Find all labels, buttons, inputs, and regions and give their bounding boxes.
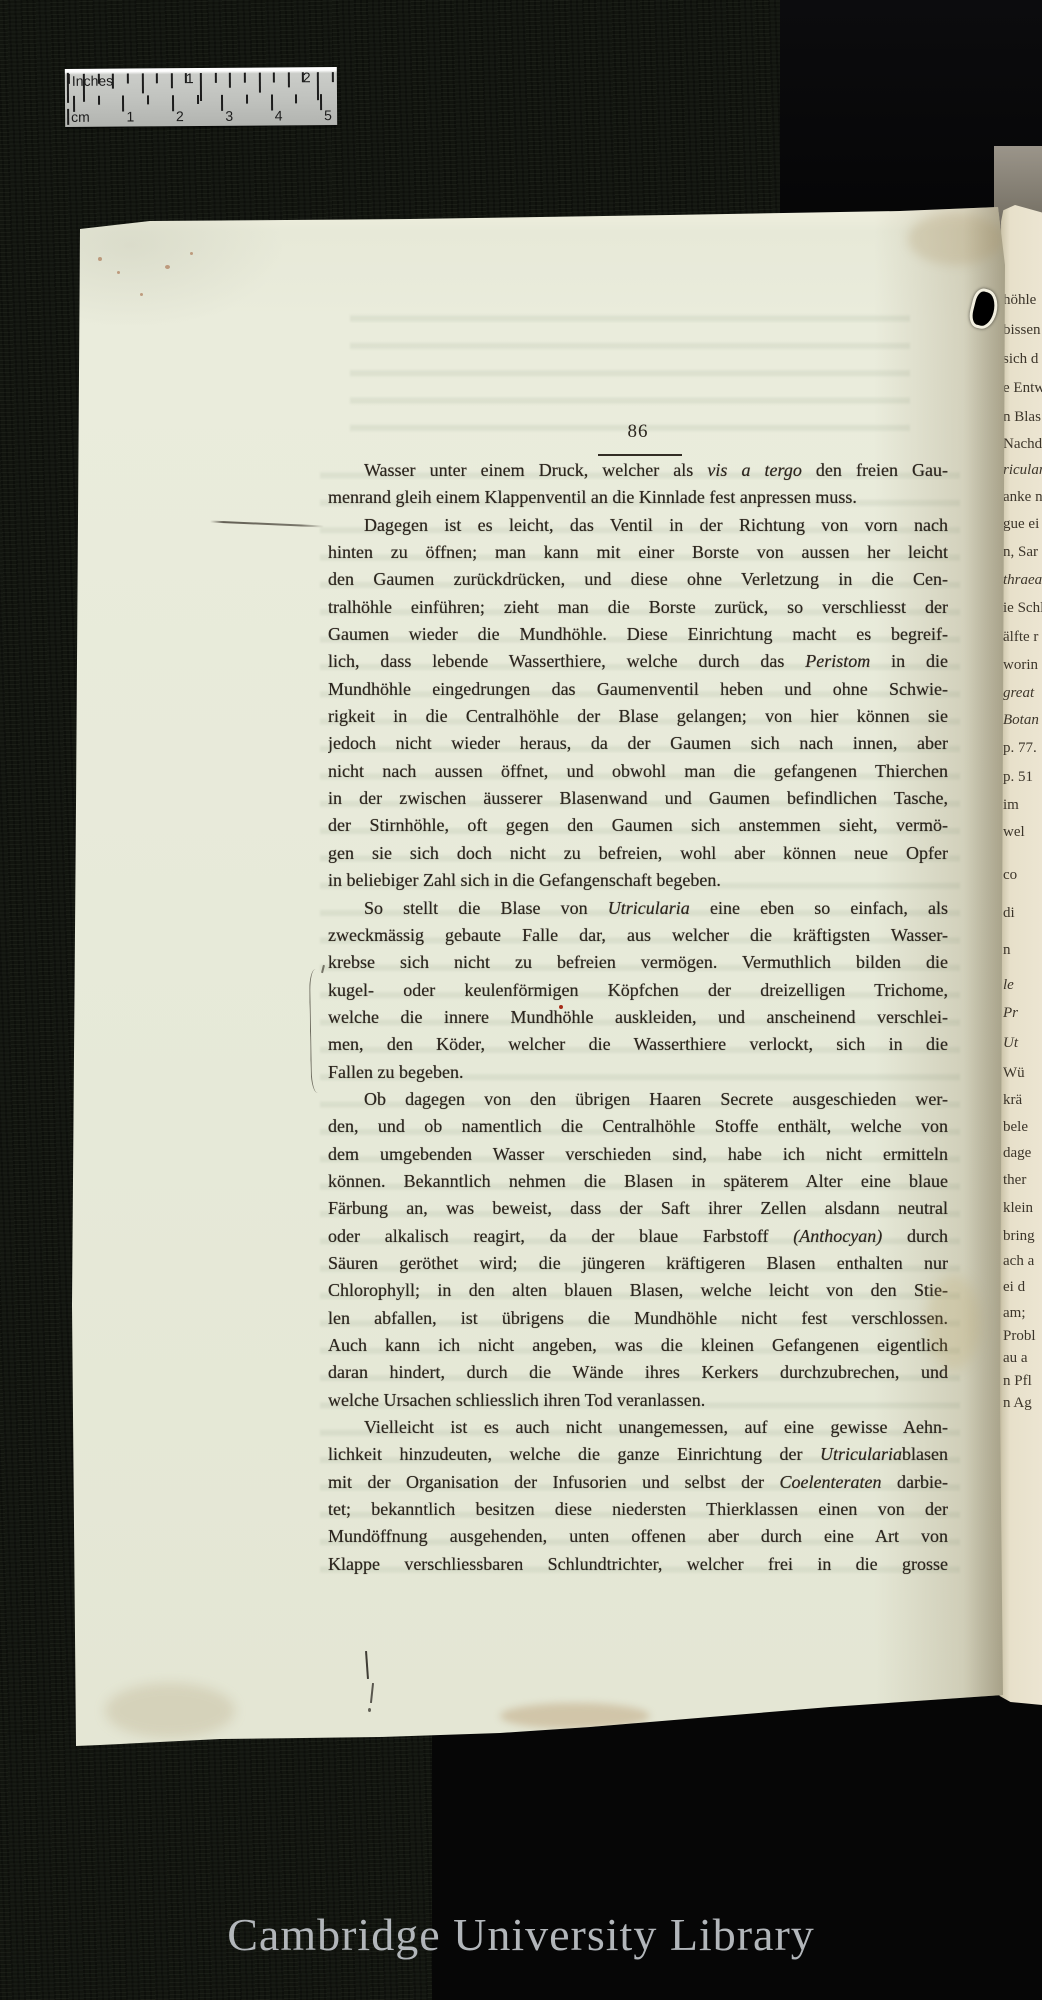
text-line: zweckmässig gebaute Falle dar, aus welch… xyxy=(328,922,948,949)
paper-stain xyxy=(105,1683,235,1738)
cm-number: 2 xyxy=(176,108,184,124)
cm-tick xyxy=(295,94,297,103)
text-line: Färbung an, was beweist, dass der Saft i… xyxy=(328,1195,948,1222)
next-page-text-fragment: p. 51 xyxy=(1003,769,1033,786)
cm-number: 3 xyxy=(225,108,233,124)
text-line: Wasser unter einem Druck, welcher als vi… xyxy=(328,457,948,484)
text-line: Dagegen ist es leicht, das Ventil in der… xyxy=(328,512,948,539)
text-line: mit der Organisation der Infusorien und … xyxy=(328,1469,948,1496)
cm-tick xyxy=(122,96,124,112)
text-line: den Gaumen zurückdrücken, und diese ohne… xyxy=(328,566,948,593)
text-line: welche Ursachen schliesslich ihren Tod v… xyxy=(328,1387,948,1414)
foxing-spot xyxy=(165,265,170,269)
next-page-text-fragment: gue ei xyxy=(1003,516,1039,533)
text-line: dem umgebenden Wasser verschieden sind, … xyxy=(328,1141,948,1168)
next-page-text-fragment: krä xyxy=(1003,1092,1022,1109)
text-line: Chlorophyll; in den alten blauen Blasen,… xyxy=(328,1277,948,1304)
text-line: kugel- oder keulenförmigen Köpfchen der … xyxy=(328,977,948,1004)
text-line: in beliebiger Zahl sich in die Gefangens… xyxy=(328,867,948,894)
next-page-text-fragment: sich d xyxy=(1003,351,1038,368)
cm-tick xyxy=(246,95,248,104)
inch-tick xyxy=(171,73,173,88)
next-page-text-fragment: le xyxy=(1003,977,1014,994)
next-page-text-fragment: p. 77. xyxy=(1003,740,1037,757)
red-ink-spot xyxy=(559,1005,563,1009)
inch-tick xyxy=(214,73,216,83)
inch-tick xyxy=(258,73,260,93)
pencil-tick-mark xyxy=(321,965,325,973)
cm-number: 5 xyxy=(324,107,332,123)
next-page-text-fragment: Probl xyxy=(1003,1328,1036,1345)
inch-tick xyxy=(273,72,275,82)
text-line: len abfallen, ist übrigens die Mundhöhle… xyxy=(328,1305,948,1332)
next-page-text-fragment: co xyxy=(1003,867,1017,884)
inch-tick xyxy=(97,74,99,84)
next-page-text-fragment: bele xyxy=(1003,1119,1028,1136)
inch-tick xyxy=(112,74,114,89)
pencil-bracket-mark xyxy=(309,969,324,1093)
page-number: 86 xyxy=(578,421,698,443)
cm-tick xyxy=(320,94,322,110)
next-page-text-fragment: ricularia xyxy=(1003,462,1042,479)
next-page-text-fragment: Wü xyxy=(1003,1065,1025,1082)
foxing-spot xyxy=(117,271,120,274)
text-line: men, den Köder, welcher die Wasserthiere… xyxy=(328,1031,948,1058)
cm-tick xyxy=(147,95,149,104)
inch-tick xyxy=(127,74,129,84)
foxing-spot xyxy=(98,257,102,261)
next-page-text-fragment: Ut xyxy=(1003,1035,1018,1052)
cm-number: 1 xyxy=(126,108,134,124)
next-page-text-fragment: e Entw xyxy=(1003,380,1042,397)
text-line: gen sie sich doch nicht zu befreien, woh… xyxy=(328,840,948,867)
text-line: Klappe verschliessbaren Schlundtrichter,… xyxy=(328,1551,948,1578)
paper-stain xyxy=(500,1703,650,1729)
text-line: tet; bekanntlich besitzen diese niederst… xyxy=(328,1496,948,1523)
text-line: den, und ob namentlich die Centralhöhle … xyxy=(328,1113,948,1140)
text-line: können. Bekanntlich nehmen die Blasen in… xyxy=(328,1168,948,1195)
ink-smudge xyxy=(365,1651,369,1679)
next-page-text-fragment: great xyxy=(1003,685,1034,702)
text-line: Vielleicht ist es auch nicht unangemesse… xyxy=(328,1414,948,1441)
cm-tick xyxy=(172,95,174,111)
book-page: 86 Wasser unter einem Druck, welcher als… xyxy=(70,205,1005,1750)
ruler-zero-tick-cm xyxy=(67,109,69,125)
text-line: rigkeit in die Centralhöhle der Blase ge… xyxy=(328,703,948,730)
text-line: So stellt die Blase von Utricularia eine… xyxy=(328,895,948,922)
inch-tick xyxy=(317,72,319,100)
next-page-text-fragment: dage xyxy=(1003,1145,1031,1162)
next-page-text-fragment: ther xyxy=(1003,1172,1026,1189)
next-page-text-fragment: am; xyxy=(1003,1305,1026,1322)
inch-number: 2 xyxy=(303,69,311,85)
next-page-text-fragment: ach a xyxy=(1003,1253,1034,1270)
next-page-text-fragment: di xyxy=(1003,905,1015,922)
next-page-text-fragment: au a xyxy=(1003,1350,1028,1367)
next-page-text-fragment: ie Schl xyxy=(1003,600,1042,617)
measurement-ruler: Inches cm 12 12345 xyxy=(65,67,337,127)
text-line: Gaumen wieder die Mundhöhle. Diese Einri… xyxy=(328,621,948,648)
text-line: Säuren geröthet wird; die jüngeren kräft… xyxy=(328,1250,948,1277)
next-page-text-fragment: anke n xyxy=(1003,489,1042,506)
cm-tick xyxy=(271,95,273,111)
inch-tick xyxy=(68,74,70,84)
next-page-text-fragment: bissen xyxy=(1003,322,1041,339)
foxing-spot xyxy=(140,293,143,296)
inch-number: 1 xyxy=(186,70,194,86)
foxing-spot xyxy=(190,252,193,255)
backing-cloth-top xyxy=(332,0,780,237)
next-page-text-fragment: wel xyxy=(1003,824,1025,841)
next-page-text-fragment: Pr xyxy=(1003,1005,1018,1022)
next-page-text-fragment: thraea xyxy=(1003,572,1042,589)
text-line: nicht nach aussen öffnet, und obwohl man… xyxy=(328,758,948,785)
ink-smudge xyxy=(368,1708,371,1712)
next-page-text-fragment: n Blas xyxy=(1003,409,1041,426)
text-block: Wasser unter einem Druck, welcher als vi… xyxy=(328,457,948,1578)
next-page-text-fragment: Botan xyxy=(1003,712,1039,729)
next-page-text-fragment: höhle xyxy=(1003,292,1036,309)
text-line: tralhöhle einführen; zieht man die Borst… xyxy=(328,594,948,621)
next-page-text-fragment: n xyxy=(1003,942,1011,959)
text-line: menrand gleih einem Klappenventil an die… xyxy=(328,484,948,511)
inch-tick xyxy=(288,72,290,87)
ink-smudge xyxy=(370,1683,374,1703)
inch-tick xyxy=(156,73,158,83)
text-line: in der zwischen äusserer Blasenwand und … xyxy=(328,785,948,812)
cm-tick xyxy=(221,95,223,111)
inch-tick xyxy=(229,73,231,88)
next-page-text-fragment: worin n xyxy=(1003,657,1042,674)
inch-tick xyxy=(141,73,143,93)
text-line: Auch kann ich nicht angeben, was die kle… xyxy=(328,1332,948,1359)
inch-tick xyxy=(244,73,246,83)
text-line: Mundhöhle eingedrungen das Gaumenventil … xyxy=(328,676,948,703)
cm-tick xyxy=(98,96,100,105)
inch-tick xyxy=(200,73,202,101)
text-line: welche die innere Mundhöhle auskleiden, … xyxy=(328,1004,948,1031)
next-page-text-fragment: älfte r xyxy=(1003,629,1038,646)
text-line: Fallen zu begeben. xyxy=(328,1059,948,1086)
next-page-text-fragment: bring xyxy=(1003,1228,1035,1245)
cm-number: 4 xyxy=(275,107,283,123)
text-line: der Stirnhöhle, oft gegen den Gaumen sic… xyxy=(328,812,948,839)
next-page-text-fragment: klein xyxy=(1003,1200,1033,1217)
photograph-stage: Inches cm 12 12345 höhlebissensich de En… xyxy=(0,0,1042,2000)
page-number-rule xyxy=(598,454,682,456)
text-line: oder alkalisch reagirt, da der blaue Far… xyxy=(328,1223,948,1250)
cm-tick xyxy=(196,95,198,104)
library-watermark: Cambridge University Library xyxy=(0,1908,1042,1961)
text-line: jedoch nicht wieder heraus, da der Gaume… xyxy=(328,730,948,757)
text-line: Mundöffnung ausgehenden, unten offenen a… xyxy=(328,1523,948,1550)
next-page-text-fragment: n Ag xyxy=(1003,1395,1032,1412)
pencil-line-mark xyxy=(210,521,324,528)
gutter-shadow xyxy=(963,205,1005,1750)
ruler-inches-label: Inches xyxy=(72,73,113,89)
next-page-text-fragment: im xyxy=(1003,797,1019,814)
inch-tick xyxy=(331,72,333,82)
text-line: hinten zu öffnen; man kann mit einer Bor… xyxy=(328,539,948,566)
next-page-text-fragment: n, Sar xyxy=(1003,544,1038,561)
text-line: lichkeit hinzudeuten, welche die ganze E… xyxy=(328,1441,948,1468)
next-page-text-fragment: n Pfl xyxy=(1003,1373,1032,1390)
next-page-text-fragment: ei d xyxy=(1003,1279,1025,1296)
text-line: Ob dagegen von den übrigen Haaren Secret… xyxy=(328,1086,948,1113)
inch-tick xyxy=(83,74,85,102)
text-line: daran hindert, durch die Wände ihres Ker… xyxy=(328,1359,948,1386)
text-line: krebse sich nicht zu befreien vermögen. … xyxy=(328,949,948,976)
next-page-text-fragment: Nachde xyxy=(1003,436,1042,453)
text-line: lich, dass lebende Wasserthiere, welche … xyxy=(328,648,948,675)
cm-tick xyxy=(73,96,75,112)
